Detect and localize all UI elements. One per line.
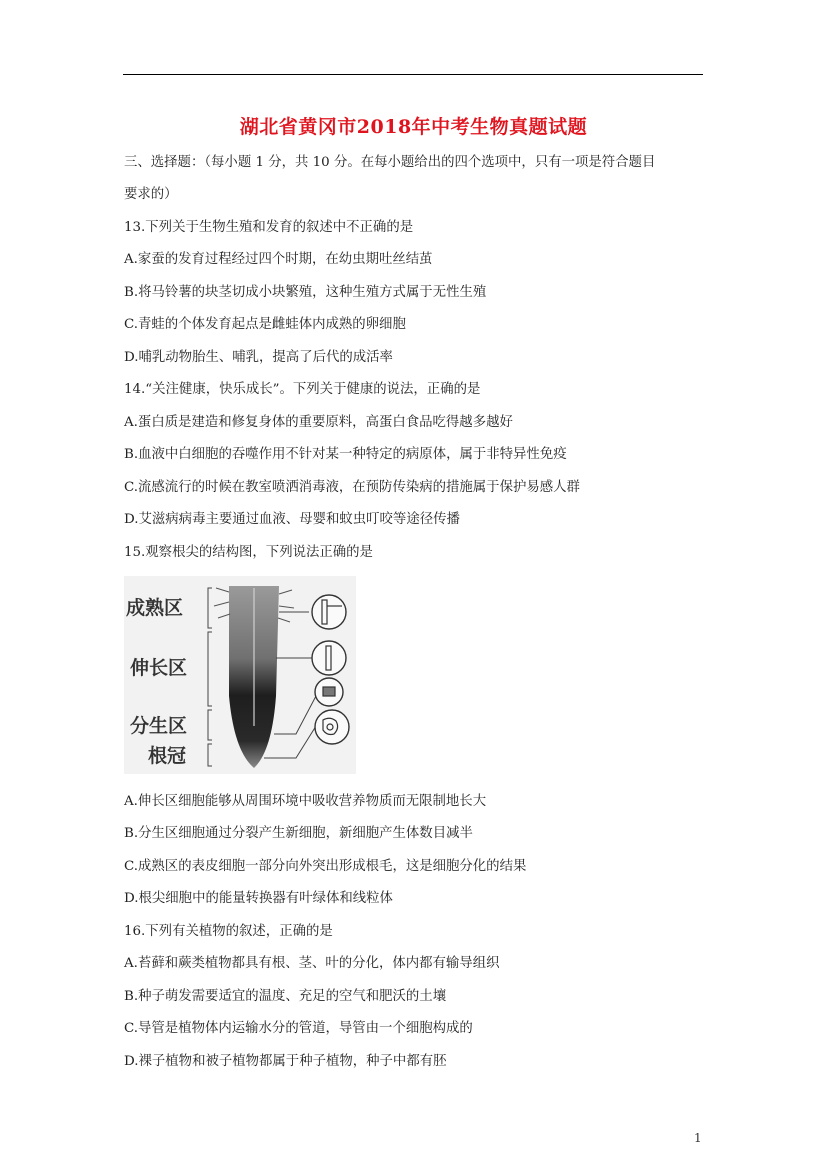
question-14-option-b: B.血液中白细胞的吞噬作用不针对某一种特定的病原体，属于非特异性免疫 [124,443,567,462]
page-number: 1 [694,1131,702,1145]
question-16-option-b: B.种子萌发需要适宜的温度、充足的空气和肥沃的土壤 [124,985,446,1004]
section-header: 三、选择题：（每小题 1 分，共 10 分。在每小题给出的四个选项中，只有一项是… [124,151,655,170]
question-13-stem: 13.下列关于生物生殖和发育的叙述中不正确的是 [124,216,413,235]
document-title: 湖北省黄冈市2018年中考生物真题试题 [0,112,827,139]
question-16-stem: 16.下列有关植物的叙述，正确的是 [124,920,333,939]
question-14-option-c: C.流感流行的时候在教室喷洒消毒液，在预防传染病的措施属于保护易感人群 [124,476,580,495]
question-16-option-d: D.裸子植物和被子植物都属于种子植物，种子中都有胚 [124,1050,447,1069]
label-root-cap: 根冠 [148,744,186,767]
question-13-option-d: D.哺乳动物胎生、哺乳，提高了后代的成活率 [124,346,393,365]
question-16-option-c: C.导管是植物体内运输水分的管道，导管由一个细胞构成的 [124,1017,473,1036]
question-14-option-a: A.蛋白质是建造和修复身体的重要原料，高蛋白食品吃得越多越好 [124,411,513,430]
question-15-option-d: D.根尖细胞中的能量转换器有叶绿体和线粒体 [124,887,393,906]
label-meristem-zone: 分生区 [130,714,187,737]
question-14-option-d: D.艾滋病病毒主要通过血液、母婴和蚊虫叮咬等途径传播 [124,508,460,527]
section-header-cont: 要求的） [124,183,178,202]
header-rule [123,74,703,75]
question-15-option-b: B.分生区细胞通过分裂产生新细胞，新细胞产生体数目减半 [124,822,473,841]
question-15-stem: 15.观察根尖的结构图，下列说法正确的是 [124,541,373,560]
question-15-option-a: A.伸长区细胞能够从周围环境中吸收营养物质而无限制地长大 [124,790,486,809]
label-elongation-zone: 伸长区 [130,656,187,679]
question-15-option-c: C.成熟区的表皮细胞一部分向外突出形成根毛，这是细胞分化的结果 [124,855,526,874]
question-16-option-a: A.苔藓和蕨类植物都具有根、茎、叶的分化，体内都有输导组织 [124,952,499,971]
question-13-option-c: C.青蛙的个体发育起点是雌蛙体内成熟的卵细胞 [124,313,406,332]
question-13-option-a: A.家蚕的发育过程经过四个时期，在幼虫期吐丝结茧 [124,248,433,267]
question-14-stem: 14.“关注健康，快乐成长”。下列关于健康的说法，正确的是 [124,378,480,397]
label-maturation-zone: 成熟区 [126,596,183,619]
root-tip-diagram: 成熟区 伸长区 分生区 根冠 [124,576,356,774]
question-13-option-b: B.将马铃薯的块茎切成小块繁殖，这种生殖方式属于无性生殖 [124,281,486,300]
